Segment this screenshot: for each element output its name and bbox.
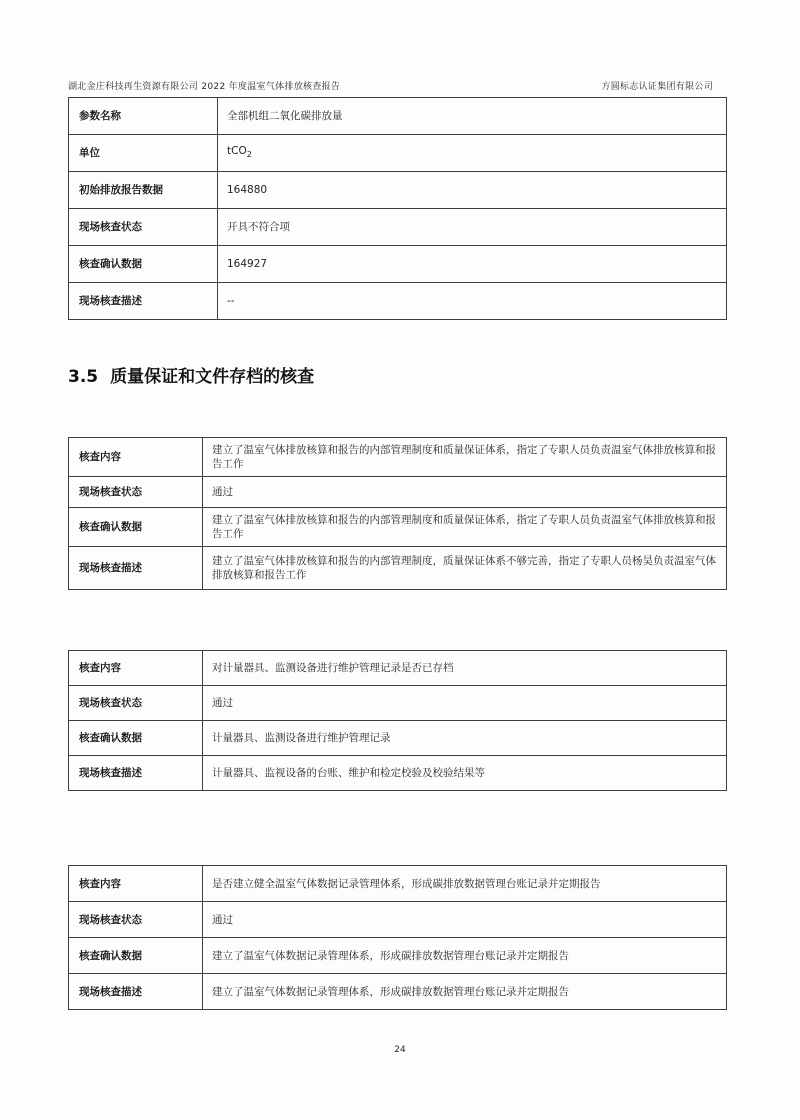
- row-value: 全部机组二氧化碳排放量: [218, 98, 727, 135]
- row-label: 现场核查状态: [69, 686, 203, 721]
- table-row: 现场核查描述 计量器具、监视设备的台账、维护和检定校验及校验结果等: [69, 756, 727, 791]
- row-value: 通过: [203, 686, 727, 721]
- row-value: 建立了温室气体排放核算和报告的内部管理制度和质量保证体系，指定了专职人员负责温室…: [203, 508, 727, 547]
- row-label: 核查内容: [69, 651, 203, 686]
- table-row: 现场核查描述 --: [69, 283, 727, 320]
- table-row: 现场核查状态 开具不符合项: [69, 209, 727, 246]
- row-value: 计量器具、监视设备的台账、维护和检定校验及校验结果等: [203, 756, 727, 791]
- header-report-title: 湖北金庄科技再生资源有限公司 2022 年度温室气体排放核查报告: [68, 79, 340, 92]
- document-page: 湖北金庄科技再生资源有限公司 2022 年度温室气体排放核查报告 方圆标志认证集…: [0, 0, 800, 1120]
- row-label: 核查内容: [69, 866, 203, 902]
- row-label: 初始排放报告数据: [69, 172, 218, 209]
- row-label: 核查确认数据: [69, 246, 218, 283]
- row-label: 现场核查状态: [69, 209, 218, 246]
- section-heading: 3.5质量保证和文件存档的核查: [68, 362, 314, 387]
- row-label: 参数名称: [69, 98, 218, 135]
- table-row: 核查确认数据 建立了温室气体排放核算和报告的内部管理制度和质量保证体系，指定了专…: [69, 508, 727, 547]
- unit-subscript: 2: [247, 150, 252, 159]
- row-value: 建立了温室气体数据记录管理体系，形成碳排放数据管理台账记录并定期报告: [203, 938, 727, 974]
- table-row: 现场核查描述 建立了温室气体排放核算和报告的内部管理制度，质量保证体系不够完善，…: [69, 547, 727, 590]
- table-row: 现场核查状态 通过: [69, 686, 727, 721]
- row-value: tCO2: [218, 135, 727, 172]
- row-label: 核查确认数据: [69, 938, 203, 974]
- verification-table-data-records: 核查内容 是否建立健全温室气体数据记录管理体系，形成碳排放数据管理台账记录并定期…: [68, 865, 727, 1010]
- table-row: 核查内容 对计量器具、监测设备进行维护管理记录是否已存档: [69, 651, 727, 686]
- parameter-table: 参数名称 全部机组二氧化碳排放量 单位 tCO2 初始排放报告数据 164880…: [68, 97, 727, 320]
- page-header: 湖北金庄科技再生资源有限公司 2022 年度温室气体排放核查报告 方圆标志认证集…: [68, 79, 713, 92]
- row-label: 现场核查状态: [69, 902, 203, 938]
- table-row: 初始排放报告数据 164880: [69, 172, 727, 209]
- row-value: 164880: [218, 172, 727, 209]
- row-value: 对计量器具、监测设备进行维护管理记录是否已存档: [203, 651, 727, 686]
- table-row: 核查确认数据 计量器具、监测设备进行维护管理记录: [69, 721, 727, 756]
- row-label: 核查确认数据: [69, 508, 203, 547]
- row-label: 现场核查描述: [69, 547, 203, 590]
- table-row: 核查内容 是否建立健全温室气体数据记录管理体系，形成碳排放数据管理台账记录并定期…: [69, 866, 727, 902]
- row-value: 建立了温室气体排放核算和报告的内部管理制度，质量保证体系不够完善，指定了专职人员…: [203, 547, 727, 590]
- header-certifier-name: 方圆标志认证集团有限公司: [601, 79, 713, 92]
- row-value: 164927: [218, 246, 727, 283]
- verification-table-quality-system: 核查内容 建立了温室气体排放核算和报告的内部管理制度和质量保证体系，指定了专职人…: [68, 437, 727, 590]
- row-value: --: [218, 283, 727, 320]
- row-value: 是否建立健全温室气体数据记录管理体系，形成碳排放数据管理台账记录并定期报告: [203, 866, 727, 902]
- section-title: 质量保证和文件存档的核查: [110, 367, 314, 387]
- table-row: 单位 tCO2: [69, 135, 727, 172]
- row-label: 现场核查描述: [69, 756, 203, 791]
- table-row: 现场核查状态 通过: [69, 902, 727, 938]
- section-number: 3.5: [68, 367, 98, 387]
- row-label: 核查内容: [69, 438, 203, 477]
- row-value: 通过: [203, 902, 727, 938]
- row-label: 现场核查状态: [69, 477, 203, 508]
- table-row: 核查确认数据 建立了温室气体数据记录管理体系，形成碳排放数据管理台账记录并定期报…: [69, 938, 727, 974]
- table-row: 参数名称 全部机组二氧化碳排放量: [69, 98, 727, 135]
- row-label: 现场核查描述: [69, 974, 203, 1010]
- row-label: 核查确认数据: [69, 721, 203, 756]
- table-row: 核查内容 建立了温室气体排放核算和报告的内部管理制度和质量保证体系，指定了专职人…: [69, 438, 727, 477]
- row-value: 建立了温室气体数据记录管理体系，形成碳排放数据管理台账记录并定期报告: [203, 974, 727, 1010]
- row-value: 建立了温室气体排放核算和报告的内部管理制度和质量保证体系，指定了专职人员负责温室…: [203, 438, 727, 477]
- row-label: 单位: [69, 135, 218, 172]
- row-value: 开具不符合项: [218, 209, 727, 246]
- table-row: 现场核查状态 通过: [69, 477, 727, 508]
- table-row: 现场核查描述 建立了温室气体数据记录管理体系，形成碳排放数据管理台账记录并定期报…: [69, 974, 727, 1010]
- row-label: 现场核查描述: [69, 283, 218, 320]
- row-value: 计量器具、监测设备进行维护管理记录: [203, 721, 727, 756]
- page-number: 24: [0, 1045, 800, 1055]
- table-row: 核查确认数据 164927: [69, 246, 727, 283]
- row-value: 通过: [203, 477, 727, 508]
- verification-table-maintenance-records: 核查内容 对计量器具、监测设备进行维护管理记录是否已存档 现场核查状态 通过 核…: [68, 650, 727, 791]
